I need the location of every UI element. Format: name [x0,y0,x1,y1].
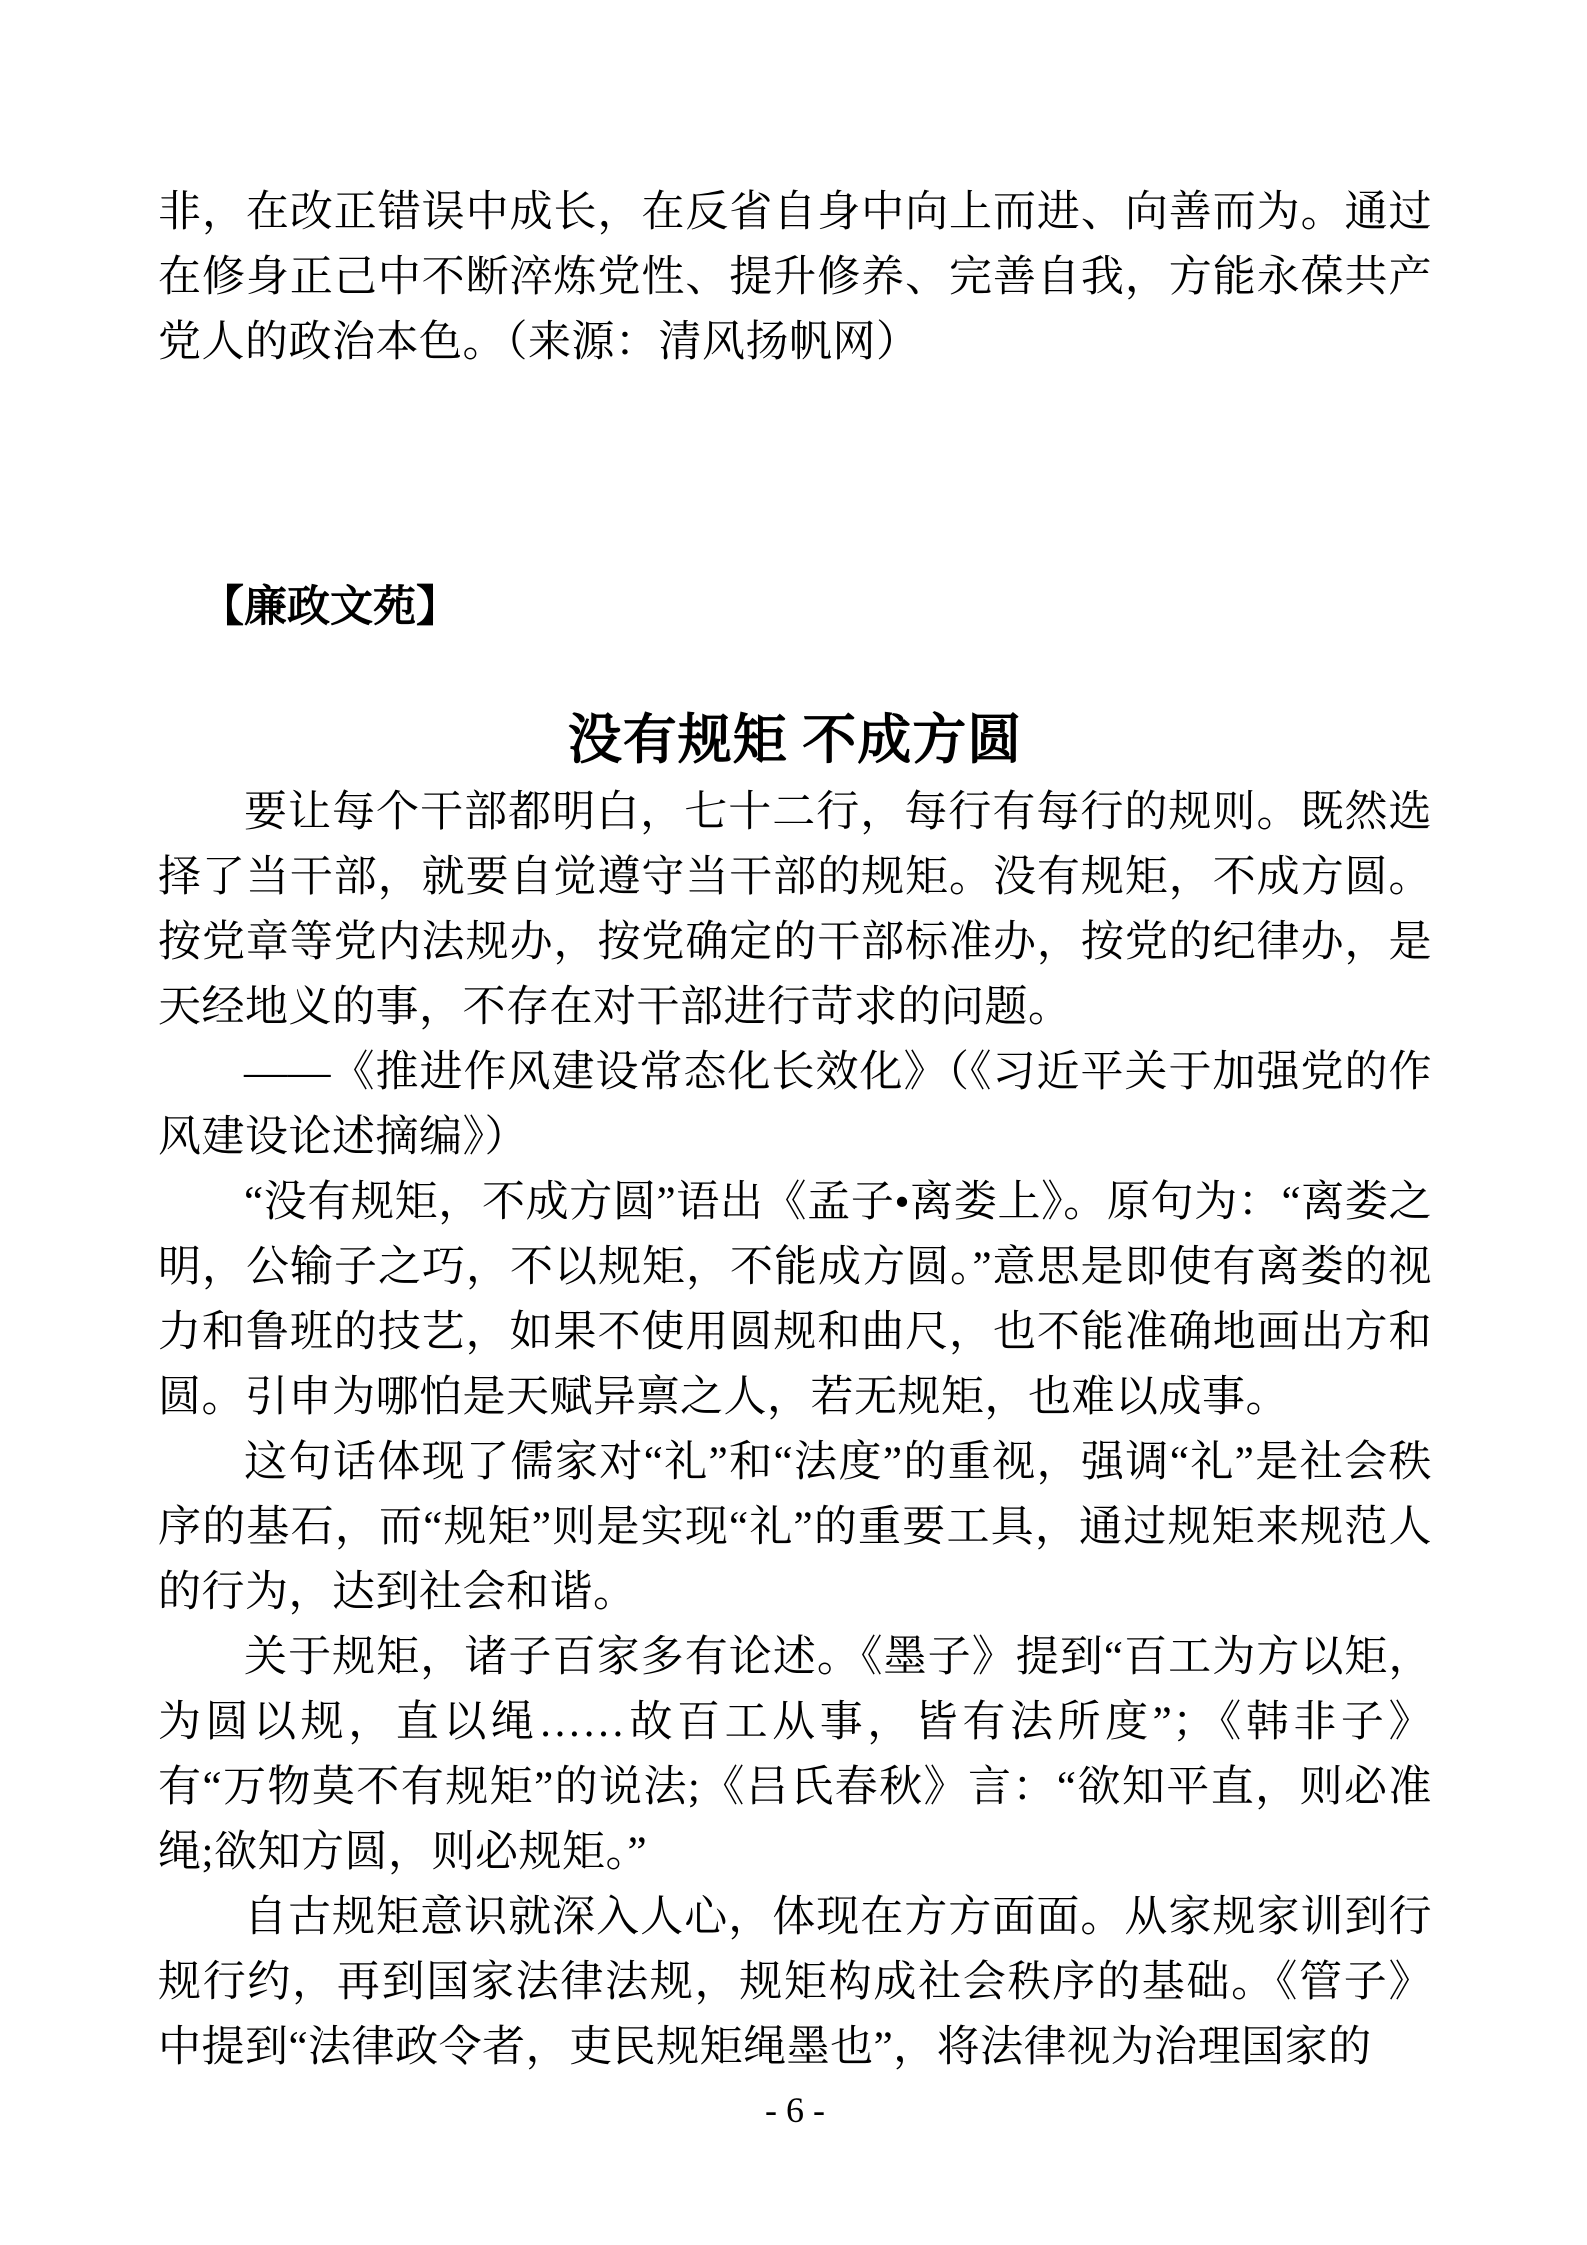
article-paragraph-2-attribution: ——《推进作风建设常态化长效化》（《习近平关于加强党的作风建设论述摘编》） [158,1040,1432,1170]
article-paragraph-3: “没有规矩，不成方圆”语出《孟子•离娄上》。原句为：“离娄之明，公输子之巧，不以… [158,1170,1432,1430]
continuation-paragraph: 非，在改正错误中成长，在反省自身中向上而进、向善而为。通过在修身正己中不断淬炼党… [158,180,1432,375]
article-paragraph-4: 这句话体现了儒家对“礼”和“法度”的重视，强调“礼”是社会秩序的基石，而“规矩”… [158,1430,1432,1625]
article-paragraph-6: 自古规矩意识就深入人心，体现在方方面面。从家规家训到行规行约，再到国家法律法规，… [158,1885,1432,2080]
article-paragraph-1: 要让每个干部都明白，七十二行，每行有每行的规则。既然选择了当干部，就要自觉遵守当… [158,780,1432,1040]
page-number: - 6 - [158,2090,1432,2130]
article-paragraph-5: 关于规矩，诸子百家多有论述。《墨子》提到“百工为方以矩，为圆以规，直以绳……故百… [158,1625,1432,1885]
document-page: 非，在改正错误中成长，在反省自身中向上而进、向善而为。通过在修身正己中不断淬炼党… [0,0,1587,2245]
article-title: 没有规矩 不成方圆 [158,700,1432,780]
section-header: 【廉政文苑】 [158,575,1432,640]
